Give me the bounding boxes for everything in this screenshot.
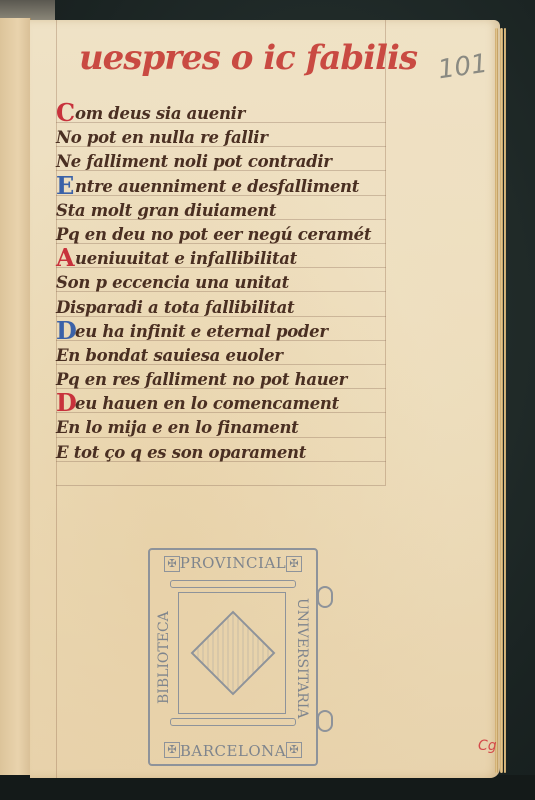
clasp-icon: [317, 586, 333, 608]
illuminated-initial: C: [56, 103, 74, 123]
verse-line: En lo mija e en lo finament: [56, 416, 401, 440]
verse-text: Pq en deu no pot eer negú ceramét: [56, 225, 371, 244]
verse-line: Com deus sia auenir: [56, 102, 401, 126]
verse-text: ueniuuitat e infallibilitat: [75, 249, 297, 268]
facing-page-edge: [0, 18, 31, 778]
stamp-inner-panel: [178, 592, 286, 714]
verse-line: En bondat sauiesa euoler: [56, 344, 401, 368]
verse-line: No pot en nulla re fallir: [56, 126, 401, 150]
illuminated-initial: D: [56, 321, 74, 341]
verse-line: Pq en res falliment no pot hauer: [56, 368, 401, 392]
verse-text: eu hauen en lo comencament: [75, 394, 339, 413]
verse-text: En lo mija e en lo finament: [56, 418, 299, 437]
page-edge: [500, 28, 503, 773]
binding-strip: [0, 0, 55, 20]
verse-text: En bondat sauiesa euoler: [56, 346, 283, 365]
cross-icon: ✠: [286, 742, 302, 758]
verse-line: Deu ha infinit e eternal poder: [56, 320, 401, 344]
verse-text: Son p eccencia una unitat: [56, 273, 289, 292]
illuminated-initial: A: [56, 248, 74, 268]
margin-mark: Cg: [478, 738, 497, 754]
verse-text: Sta molt gran diuiament: [56, 201, 276, 220]
stamp-left-label: BIBLIOTECA: [156, 588, 172, 728]
coat-of-arms-icon: [191, 611, 276, 696]
stamp-right-label: UNIVERSITARIA: [294, 588, 310, 728]
page-edge: [495, 28, 498, 773]
illuminated-initial: E: [56, 176, 74, 196]
verse-line: Ne falliment noli pot contradir: [56, 150, 401, 174]
verse-text: Ne falliment noli pot contradir: [56, 152, 332, 171]
verse-text: E tot ço q es son oparament: [56, 443, 306, 462]
book-strap-icon: [170, 580, 296, 588]
verse-text: eu ha infinit e eternal poder: [75, 322, 328, 341]
verse-text: No pot en nulla re fallir: [56, 128, 268, 147]
verse-line: Pq en deu no pot eer negú ceramét: [56, 223, 401, 247]
verse-line: E tot ço q es son oparament: [56, 441, 401, 465]
verse-text: ntre auenniment e desfalliment: [75, 177, 359, 196]
clasp-icon: [317, 710, 333, 732]
page-edge: [504, 28, 506, 773]
rubric-heading: uespres o ic fabilis: [78, 30, 418, 86]
cross-icon: ✠: [286, 556, 302, 572]
verse-text: Disparadi a tota fallibilitat: [56, 298, 294, 317]
verse-text: om deus sia auenir: [75, 104, 245, 123]
bottom-shadow: [0, 775, 535, 800]
verse-line: Entre auenniment e desfalliment: [56, 175, 401, 199]
verse-list: Com deus sia auenir No pot en nulla re f…: [56, 102, 401, 465]
cross-icon: ✠: [164, 742, 180, 758]
verse-line: Aueniuuitat e infallibilitat: [56, 247, 401, 271]
verse-line: Sta molt gran diuiament: [56, 199, 401, 223]
library-stamp: PROVINCIAL BIBLIOTECA UNIVERSITARIA BARC…: [148, 548, 318, 766]
verse-line: Deu hauen en lo comencament: [56, 392, 401, 416]
book-strap-icon: [170, 718, 296, 726]
ruling-line: [56, 485, 386, 486]
cross-icon: ✠: [164, 556, 180, 572]
verse-line: Disparadi a tota fallibilitat: [56, 296, 401, 320]
illuminated-initial: D: [56, 393, 74, 413]
verse-line: Son p eccencia una unitat: [56, 271, 401, 295]
verse-text: Pq en res falliment no pot hauer: [56, 370, 347, 389]
